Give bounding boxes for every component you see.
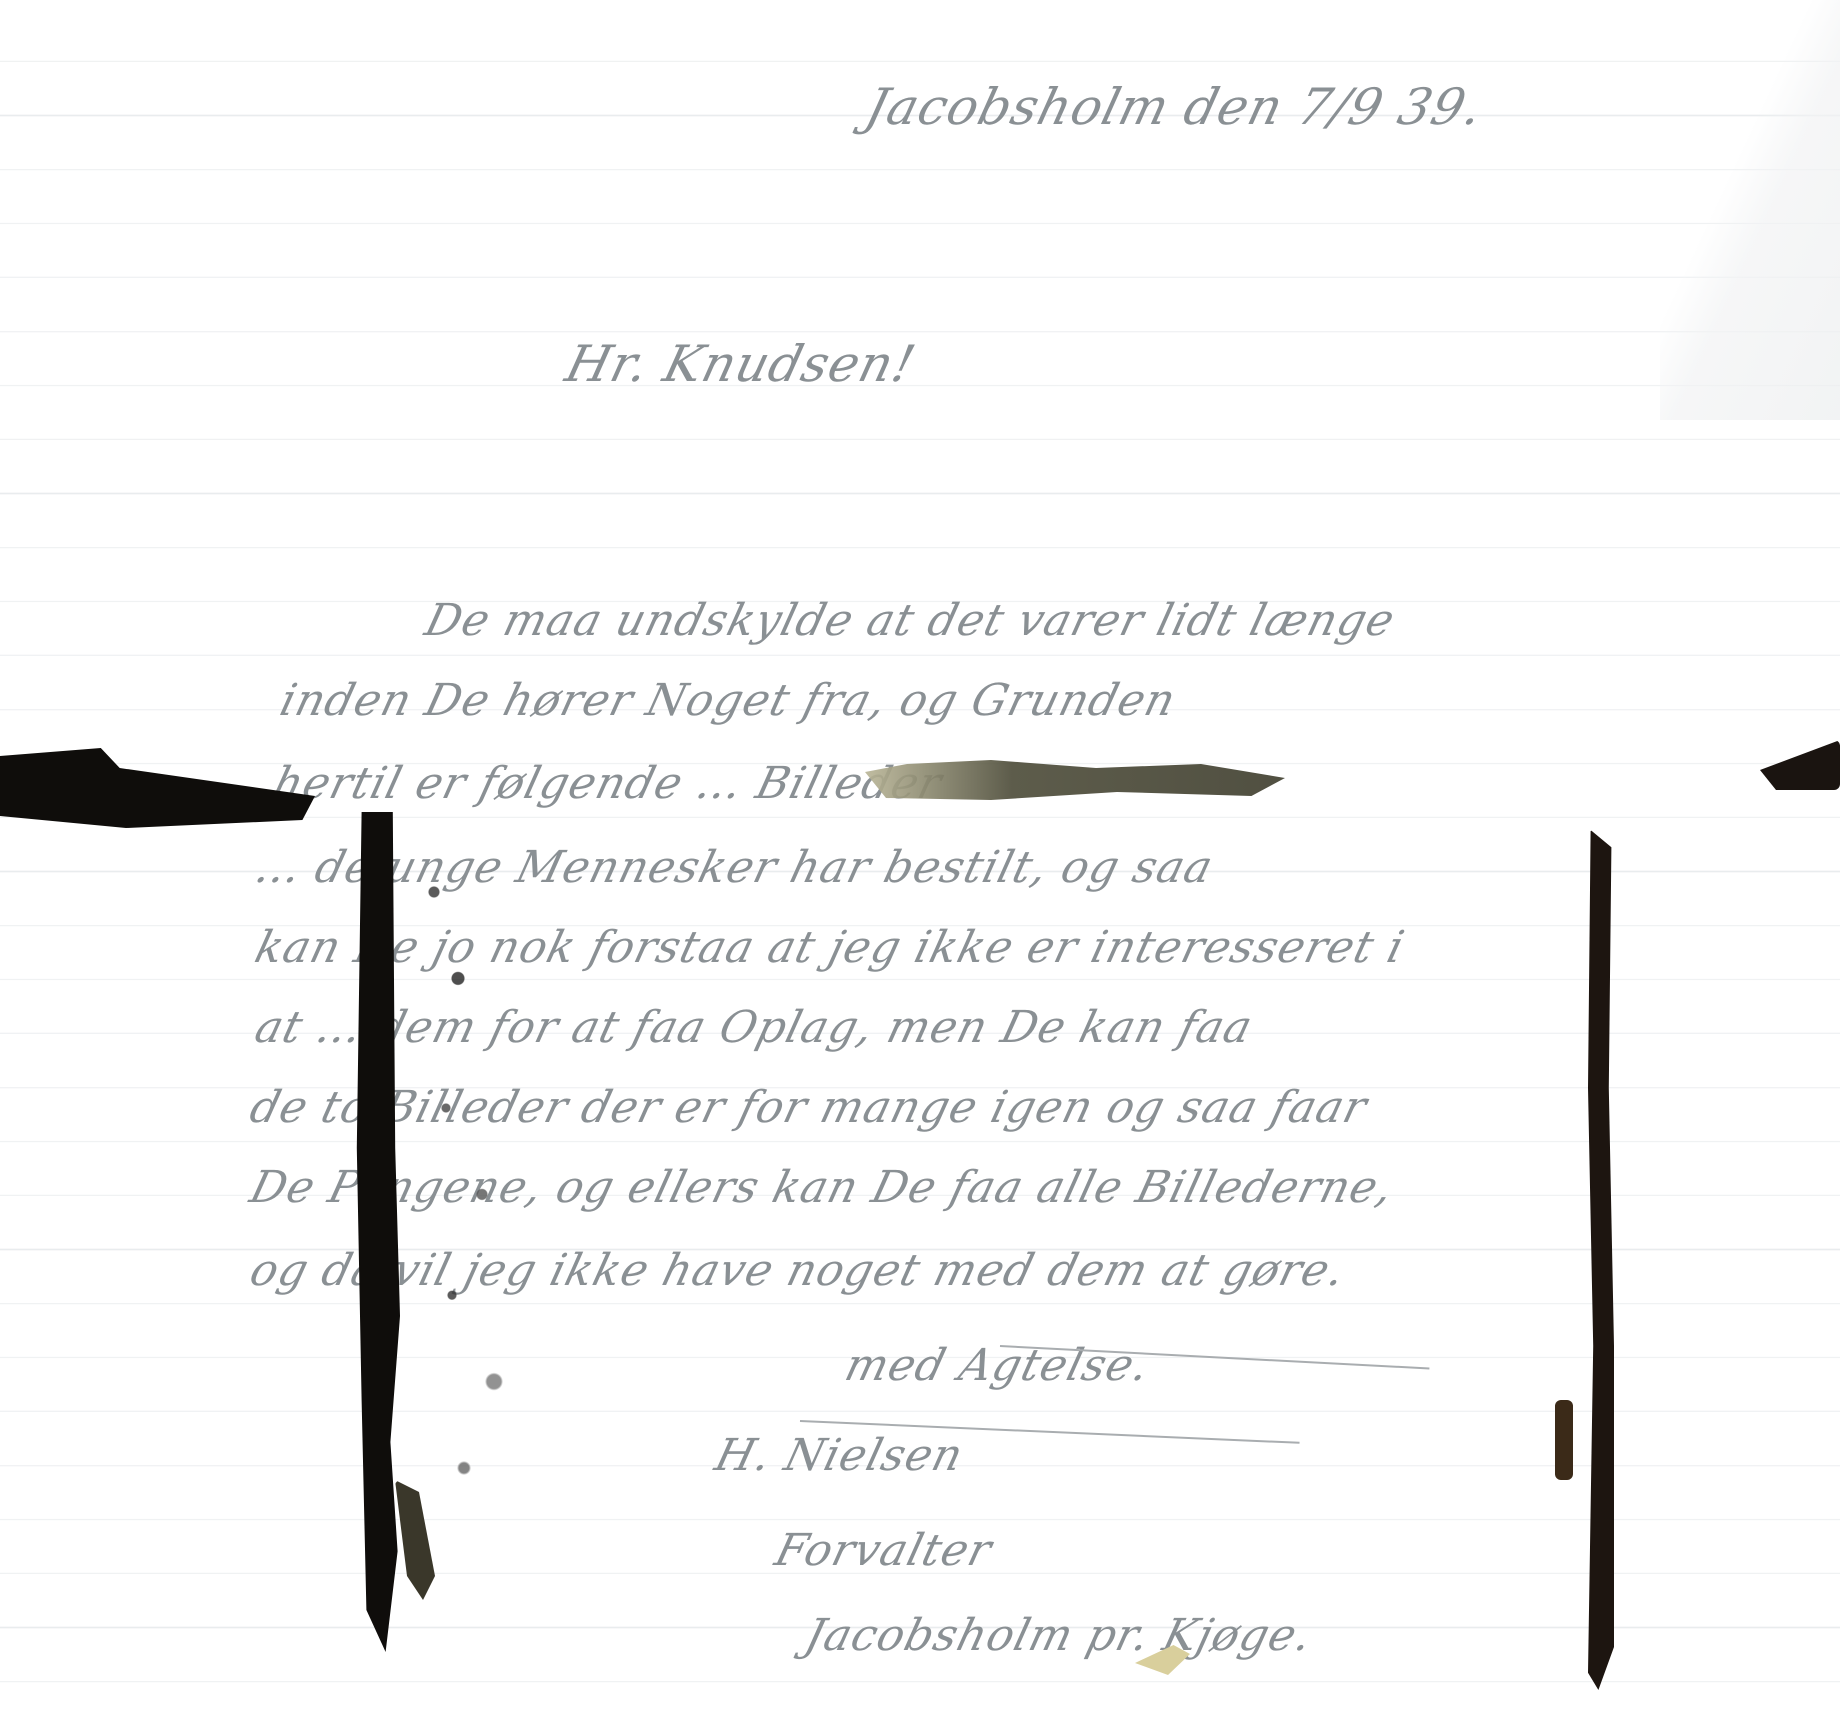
signer-title: Forvalter	[770, 1525, 997, 1576]
paper-fold-shadow	[1660, 0, 1840, 420]
signature: H. Nielsen	[710, 1430, 969, 1481]
tape-damage-fragment-right	[1555, 1400, 1573, 1480]
ink-specks	[410, 820, 530, 1540]
salutation: Hr. Knudsen!	[560, 335, 922, 393]
tape-damage-stripe-right	[1588, 830, 1614, 1690]
date-line: Jacobsholm den 7/9 39.	[860, 78, 1489, 136]
body-line-6: at … dem for at faa Oplag, men De kan fa…	[250, 1002, 1258, 1053]
body-line-4: … de unge Mennesker har bestilt, og saa	[250, 842, 1218, 893]
signer-address: Jacobsholm pr. Kjøge.	[800, 1610, 1318, 1661]
body-line-1: De maa undskylde at det varer lidt længe	[420, 595, 1400, 646]
body-line-2: inden De hører Noget fra, og Grunden	[275, 675, 1181, 726]
closing: med Agtelse.	[840, 1340, 1155, 1391]
body-line-3: hertil er følgende … Billeder	[268, 758, 947, 809]
